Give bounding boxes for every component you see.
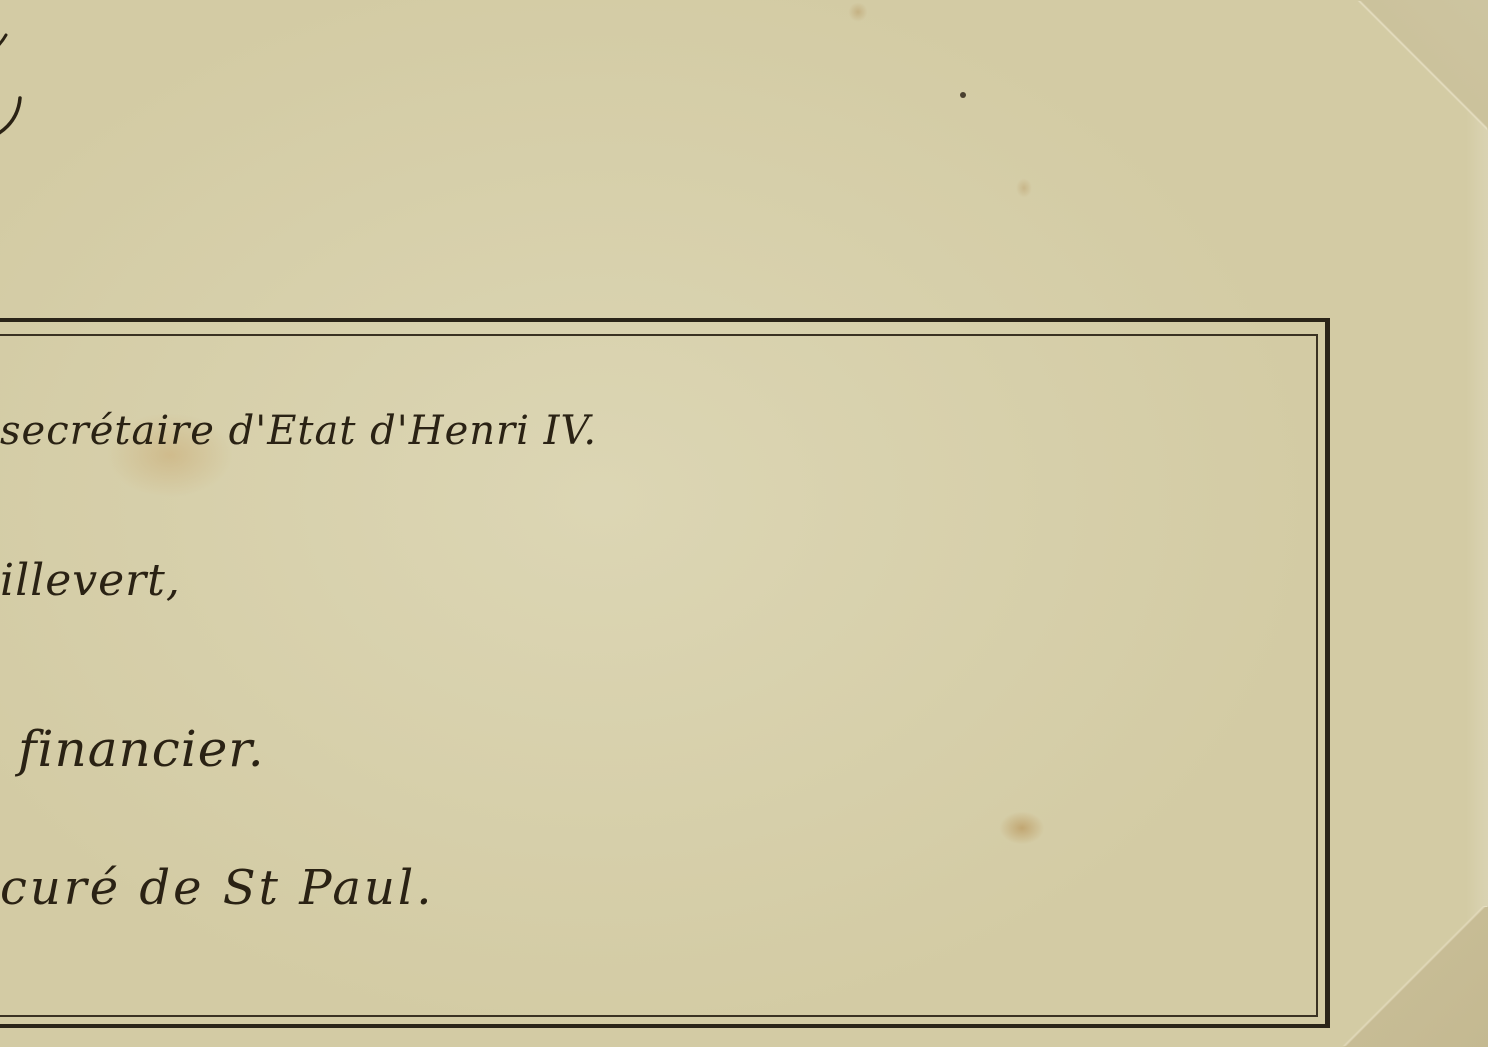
handwritten-line-1: secrétaire d'Etat d'Henri IV. [0,408,597,454]
ink-curve-mark [0,30,34,140]
page-edge [1466,0,1488,1047]
mount-corner-top-right [1358,0,1488,130]
line-4-text: curé de St Paul. [0,860,435,916]
handwritten-line-2: illevert, [0,555,181,606]
line-2-text: illevert, [0,555,181,606]
line-3-text: financier. [18,720,265,778]
line-1-text: secrétaire d'Etat d'Henri IV. [0,408,597,454]
mount-corner-bottom-right [1338,907,1488,1047]
handwritten-line-4: curé de St Paul. [0,860,435,916]
handwritten-line-3: financier. [18,720,265,778]
ink-speck [960,92,966,98]
